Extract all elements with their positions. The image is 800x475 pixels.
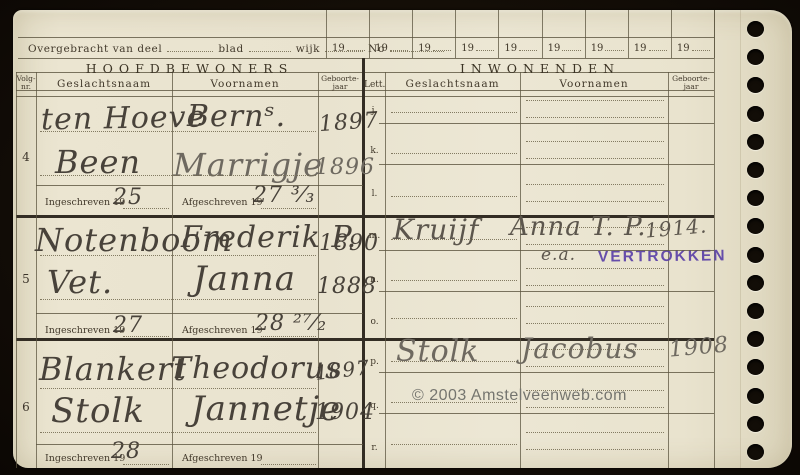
- dotted-blank: [526, 244, 664, 245]
- rule: [379, 291, 714, 292]
- paper-crease: [740, 10, 741, 468]
- lett-label: k.: [364, 146, 385, 156]
- dotted-blank: [476, 41, 494, 51]
- registration-strip-4: Ingeschreven 19 25 Afgeschreven 19 27 ³⁄…: [13, 197, 363, 215]
- rule: [379, 164, 714, 165]
- hw-afgeschreven-jaar: 28 ²⁷⁄₂: [255, 313, 327, 335]
- dotted-blank: [526, 184, 664, 185]
- rule: [379, 250, 714, 251]
- lett-label: m.: [364, 231, 385, 241]
- dotted-blank: [526, 100, 664, 101]
- colhead-geboortejaar-line2: jaar: [333, 82, 348, 91]
- afgeschreven-label: Afgeschreven 19: [182, 197, 263, 208]
- rule: [585, 10, 586, 58]
- dotted-blank: [526, 268, 664, 269]
- rule: [379, 123, 714, 124]
- dotted-baseline: [40, 299, 316, 300]
- dotted-blank: [526, 141, 664, 142]
- year-prefix: 19: [634, 43, 647, 54]
- dotted-blank: [391, 239, 517, 240]
- dotted-baseline: [40, 175, 316, 176]
- dotted-blank: [433, 41, 451, 51]
- punch-hole: [747, 77, 764, 93]
- year-prefix: 19: [504, 43, 517, 54]
- colhead-geboortejaar-left: Geboorte- jaar: [318, 75, 362, 91]
- dotted-blank: [526, 117, 664, 118]
- transfer-blad-label: blad: [218, 43, 243, 55]
- hw-geboortejaar: 1914.: [644, 215, 708, 240]
- section-title-inwonenden: INWONENDEN: [366, 61, 714, 76]
- colhead-voornamen-left: Voornamen: [172, 78, 318, 90]
- year-cell: 19: [418, 41, 451, 54]
- dotted-blank: [526, 366, 664, 367]
- dotted-blank: [261, 464, 316, 465]
- colhead-geslachtsnaam-right: Geslachtsnaam: [385, 78, 520, 90]
- colhead-geslachtsnaam-left: Geslachtsnaam: [36, 78, 172, 90]
- punch-hole: [747, 162, 764, 178]
- rule: [714, 10, 715, 468]
- dotted-baseline: [40, 131, 316, 132]
- dotted-blank: [692, 41, 710, 51]
- hw-voornamen: Janna: [193, 262, 296, 296]
- punch-hole: [747, 388, 764, 404]
- hw-afgeschreven-jaar: 27 ³⁄₃: [253, 185, 315, 207]
- lett-label: o.: [364, 317, 385, 327]
- colhead-lett: Lett.: [364, 80, 385, 90]
- rule: [379, 413, 714, 414]
- dotted-blank: [390, 41, 408, 51]
- colhead-volgnr: Volg- nr.: [15, 75, 37, 91]
- dotted-blank: [526, 349, 664, 350]
- rule: [379, 372, 714, 373]
- rule: [412, 10, 413, 58]
- hw-ingeschreven-jaar: 25: [113, 187, 143, 209]
- year-cell: 19: [677, 41, 710, 54]
- hw-voornamen: Bernˢ.: [187, 102, 286, 132]
- dotted-blank: [526, 323, 664, 324]
- dotted-blank: [562, 41, 580, 51]
- punch-hole: [747, 190, 764, 206]
- rule: [16, 96, 714, 97]
- lett-label: p.: [364, 357, 385, 367]
- dotted-baseline: [40, 255, 316, 256]
- year-prefix: 19: [591, 43, 604, 54]
- year-prefix: 19: [677, 43, 690, 54]
- rule: [369, 10, 370, 58]
- colhead-volgnr-line2: nr.: [21, 82, 31, 91]
- rule: [36, 444, 363, 445]
- dotted-blank: [526, 432, 664, 433]
- rule: [628, 10, 629, 58]
- year-prefix: 19: [418, 43, 431, 54]
- dotted-blank: [649, 41, 667, 51]
- punch-hole: [747, 134, 764, 150]
- volgnr-5: 5: [16, 272, 36, 286]
- hw-geslachtsnaam: Been: [55, 146, 141, 178]
- punch-hole: [747, 416, 764, 432]
- dotted-blank: [526, 158, 664, 159]
- punch-hole: [747, 21, 764, 37]
- hw-geslachtsnaam: Stolk: [396, 337, 479, 367]
- rule: [36, 313, 363, 314]
- hw-geslachtsnaam: Blankert: [39, 353, 187, 385]
- year-cell: 19: [591, 41, 624, 54]
- year-cell: 19: [375, 41, 408, 54]
- punch-hole: [747, 444, 764, 460]
- dotted-blank: [526, 306, 664, 307]
- year-prefix: 19: [461, 43, 474, 54]
- punch-hole: [747, 359, 764, 375]
- dotted-blank: [526, 407, 664, 408]
- dotted-blank: [261, 336, 316, 337]
- year-cell: 19: [634, 41, 667, 54]
- registration-strip-5: Ingeschreven 19 27 Afgeschreven 19 28 ²⁷…: [13, 325, 363, 343]
- dotted-blank: [347, 41, 365, 51]
- punch-hole: [747, 247, 764, 263]
- lett-label: n.: [364, 275, 385, 285]
- dotted-blank: [391, 196, 517, 197]
- punch-hole: [747, 331, 764, 347]
- punch-hole: [747, 275, 764, 291]
- rule: [455, 10, 456, 58]
- colhead-voornamen-right: Voornamen: [520, 78, 668, 90]
- dotted-blank: [605, 41, 623, 51]
- colhead-geboortejaar-line2: jaar: [684, 82, 699, 91]
- rule: [18, 58, 714, 59]
- year-cell: 19: [504, 41, 537, 54]
- punch-hole: [747, 218, 764, 234]
- dotted-blank: [167, 41, 213, 52]
- colhead-geboortejaar-right: Geboorte- jaar: [668, 75, 714, 91]
- dotted-blank: [526, 285, 664, 286]
- rule: [326, 10, 327, 58]
- rule: [542, 10, 543, 58]
- year-cell: 19: [332, 41, 365, 54]
- punch-hole: [747, 106, 764, 122]
- volgnr-4: 4: [16, 150, 36, 164]
- dotted-blank: [391, 112, 517, 113]
- dotted-blank: [261, 208, 316, 209]
- dotted-blank: [391, 153, 517, 154]
- dotted-blank: [391, 444, 517, 445]
- dotted-blank: [526, 201, 664, 202]
- rule: [671, 10, 672, 58]
- hw-geslachtsnaam: Stolk: [51, 394, 145, 428]
- punch-hole: [747, 49, 764, 65]
- dotted-blank: [519, 41, 537, 51]
- dotted-blank: [391, 402, 517, 403]
- dotted-blank: [391, 280, 517, 281]
- registration-card: Overgebracht van deel blad wijk No HOOFD…: [13, 10, 792, 468]
- year-prefix: 19: [332, 43, 345, 54]
- lett-label: r.: [364, 443, 385, 453]
- dotted-blank: [391, 318, 517, 319]
- photo-background: Overgebracht van deel blad wijk No HOOFD…: [0, 0, 800, 475]
- dotted-blank: [249, 41, 291, 52]
- lett-label: l.: [364, 189, 385, 199]
- transfer-deel-label: Overgebracht van deel: [28, 43, 162, 55]
- year-prefix: 19: [375, 43, 388, 54]
- hw-geboortejaar: 1897: [314, 357, 371, 383]
- year-prefix: 19: [548, 43, 561, 54]
- rule: [520, 72, 521, 468]
- section-title-hoofdbewoners: HOOFDBEWONERS: [16, 61, 363, 76]
- punch-hole: [747, 303, 764, 319]
- rule: [16, 90, 714, 91]
- rule: [36, 185, 363, 186]
- rule: [668, 72, 669, 468]
- transfer-wijk-label: wijk: [296, 43, 320, 55]
- hw-geboortejaar: 1908: [668, 334, 730, 361]
- year-cell: 19: [461, 41, 494, 54]
- lett-label: j.: [364, 106, 385, 116]
- hw-geslachtsnaam: Vet.: [47, 266, 113, 298]
- rule: [36, 72, 37, 468]
- year-cell: 19: [548, 41, 581, 54]
- volgnr-6: 6: [16, 400, 36, 414]
- hw-ingeschreven-jaar: 27: [113, 315, 143, 337]
- rule: [714, 10, 715, 58]
- rule: [498, 10, 499, 58]
- lett-label: q.: [364, 401, 385, 411]
- afgeschreven-label: Afgeschreven 19: [182, 325, 263, 336]
- dotted-blank: [526, 390, 664, 391]
- hw-geboortejaar: 1896: [315, 157, 375, 179]
- rule: [18, 37, 714, 38]
- dotted-baseline: [40, 432, 316, 433]
- registration-strip-6: Ingeschreven 19 28 Afgeschreven 19: [13, 453, 363, 471]
- dotted-blank: [526, 449, 664, 450]
- afgeschreven-label: Afgeschreven 19: [182, 453, 263, 464]
- rule: [385, 72, 386, 468]
- dotted-blank: [391, 361, 517, 362]
- hw-voornamen: Marrigje: [173, 149, 323, 181]
- dotted-baseline: [40, 388, 316, 389]
- dotted-blank: [123, 464, 169, 465]
- dotted-blank: [526, 227, 664, 228]
